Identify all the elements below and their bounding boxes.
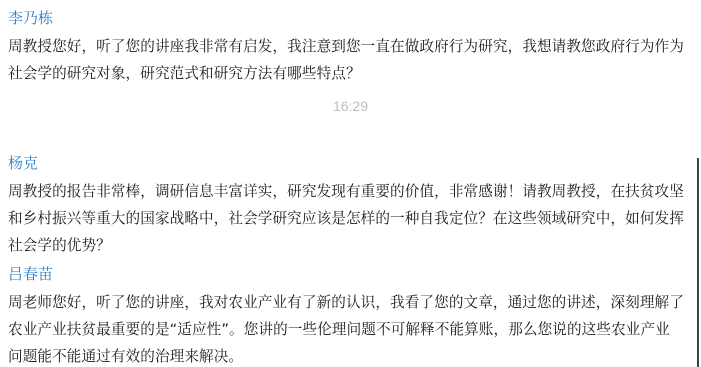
sender-name[interactable]: 李乃栋 [8, 8, 698, 28]
sender-name[interactable]: 吕春苗 [8, 264, 698, 284]
message-line: 和乡村振兴等重大的国家战略中，社会学研究应该是怎样的一种自我定位？在这些领域研究… [8, 205, 698, 232]
message-line: 农业产业扶贫最重要的是“适应性”。您讲的一些伦理问题不可解释不能算账，那么您说的… [8, 316, 698, 343]
message-line: 周教授的报告非常棒，调研信息丰富详实，研究发现有重要的价值，非常感谢！请教周教授… [8, 178, 698, 205]
chat-message: 吕春苗 周老师您好，听了您的讲座，我对农业产业有了新的认识，我看了您的文章，通过… [8, 264, 698, 367]
sender-name[interactable]: 杨克 [8, 153, 698, 173]
message-text: 周教授您好，听了您的讲座我非常有启发，我注意到您一直在做政府行为研究，我想请教您… [8, 33, 698, 87]
message-line: 社会学的优势？ [8, 232, 698, 259]
chat-message: 李乃栋 周教授您好，听了您的讲座我非常有启发，我注意到您一直在做政府行为研究，我… [8, 8, 698, 87]
chat-message: 杨克 周教授的报告非常棒，调研信息丰富详实，研究发现有重要的价值，非常感谢！请教… [8, 153, 698, 259]
message-text: 周老师您好，听了您的讲座，我对农业产业有了新的认识，我看了您的文章，通过您的讲述… [8, 289, 698, 367]
message-line: 周老师您好，听了您的讲座，我对农业产业有了新的认识，我看了您的文章，通过您的讲述… [8, 289, 698, 316]
message-line: 社会学的研究对象，研究范式和研究方法有哪些特点？ [8, 60, 698, 87]
message-timestamp: 16:29 [0, 96, 701, 116]
message-text: 周教授的报告非常棒，调研信息丰富详实，研究发现有重要的价值，非常感谢！请教周教授… [8, 178, 698, 259]
chat-history: 李乃栋 周教授您好，听了您的讲座我非常有启发，我注意到您一直在做政府行为研究，我… [0, 0, 701, 367]
panel-divider [697, 158, 699, 367]
message-line: 周教授您好，听了您的讲座我非常有启发，我注意到您一直在做政府行为研究，我想请教您… [8, 33, 698, 60]
message-line: 问题能不能通过有效的治理来解决。 [8, 343, 698, 367]
